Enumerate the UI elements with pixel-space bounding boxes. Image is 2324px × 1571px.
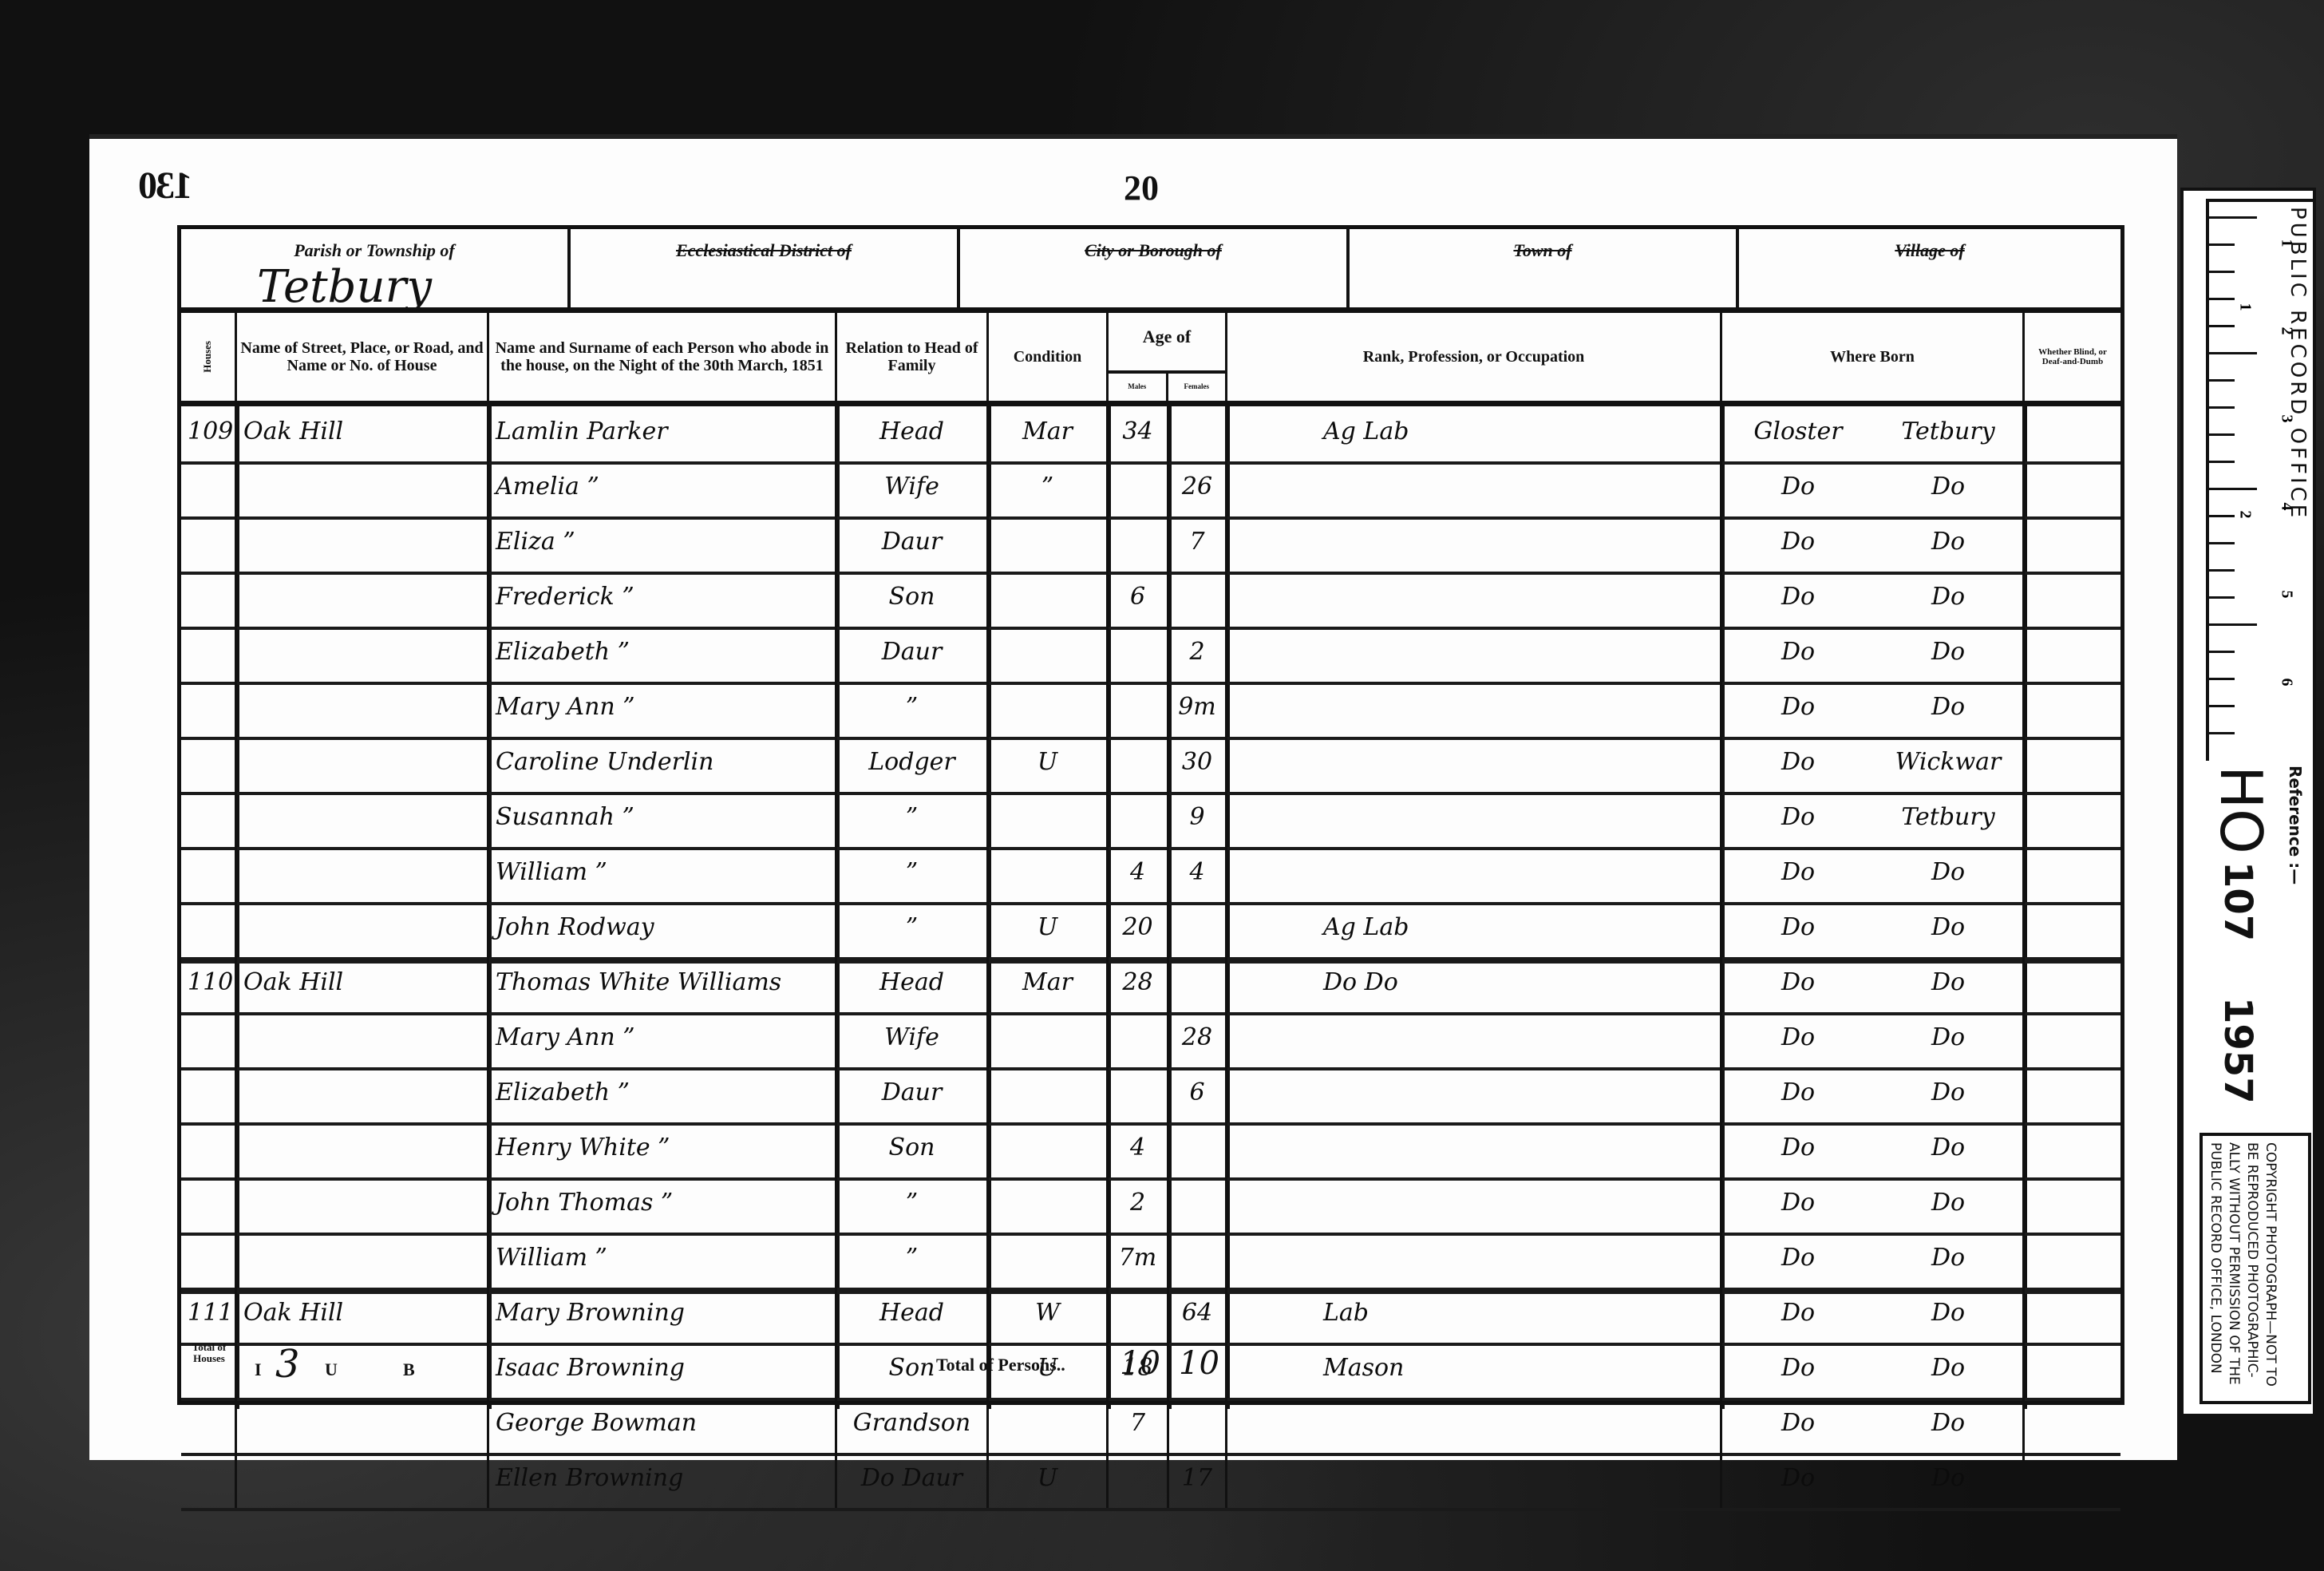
cell-name: Thomas White Williams [489, 957, 837, 1012]
cell-age-female: 28 [1169, 1012, 1227, 1067]
cell-blind [2025, 792, 2120, 847]
copyright-box: COPYRIGHT PHOTOGRAPH—NOT TO BE REPRODUCE… [2199, 1133, 2311, 1404]
cell-schedule [181, 847, 237, 902]
cell-occupation [1227, 1122, 1722, 1177]
cell-schedule [181, 737, 237, 792]
cell-street [237, 627, 489, 682]
cell-age-female: 26 [1169, 461, 1227, 516]
cell-blind [2025, 516, 2120, 572]
cell-born-county: Do [1722, 461, 1874, 516]
cell-age-male [1109, 516, 1169, 572]
cell-condition [989, 847, 1109, 902]
cell-born-place: Do [1874, 572, 2025, 627]
cell-occupation [1227, 737, 1722, 792]
cell-born-place: Do [1874, 1067, 2025, 1122]
cell-name: Lamlin Parker [489, 406, 837, 461]
cell-condition [989, 1122, 1109, 1177]
ruler-tick [2209, 352, 2257, 354]
reference-strip: 12345612 PUBLIC RECORD OFFICE Reference … [2180, 188, 2316, 1417]
cell-occupation [1227, 516, 1722, 572]
town-label: Town of [1350, 240, 1736, 261]
cell-born-county: Do [1722, 682, 1874, 737]
cell-age-male [1109, 792, 1169, 847]
page-number: 20 [1124, 168, 1159, 208]
cell-age-male: 7m [1109, 1233, 1169, 1288]
cell-name: Caroline Underlin [489, 737, 837, 792]
houses-header: Houses [181, 313, 237, 401]
cell-name: Susannah ” [489, 792, 837, 847]
cell-relation: Wife [837, 461, 989, 516]
cell-occupation [1227, 1177, 1722, 1233]
cell-age-male: 4 [1109, 847, 1169, 902]
table-row: 110Oak HillThomas White WilliamsHeadMar2… [181, 957, 2120, 1015]
cell-age-male [1109, 1453, 1169, 1508]
cell-condition [989, 682, 1109, 737]
cell-age-female [1169, 1398, 1227, 1453]
reference-label: Reference :— [2286, 766, 2305, 884]
cell-street [237, 1122, 489, 1177]
city-cell: City or Borough of [960, 229, 1350, 307]
cell-born-county: Gloster [1722, 406, 1874, 461]
cell-name: Elizabeth ” [489, 627, 837, 682]
cell-relation: ” [837, 1177, 989, 1233]
cell-condition: Mar [989, 957, 1109, 1012]
cell-schedule [181, 461, 237, 516]
cell-condition: U [989, 1453, 1109, 1508]
cell-relation: Do Daur [837, 1453, 989, 1508]
cell-age-female: 2 [1169, 627, 1227, 682]
cell-condition [989, 1012, 1109, 1067]
cell-relation: Head [837, 957, 989, 1012]
cell-street [237, 1177, 489, 1233]
cell-age-female: 6 [1169, 1067, 1227, 1122]
age-females-label: Females [1168, 374, 1226, 401]
cell-schedule [181, 1177, 237, 1233]
table-row: John Thomas ””2DoDo [181, 1177, 2120, 1236]
totals-row: Total of Houses I 3 U B Total of Persons… [181, 1331, 2120, 1398]
ruler-tick [2209, 216, 2257, 219]
cell-occupation [1227, 572, 1722, 627]
folio-stamp: 130 [140, 164, 192, 208]
blind-header: Whether Blind, or Deaf-and-Dumb [2025, 313, 2120, 401]
ruler-cm-label: 6 [2278, 679, 2296, 687]
cell-relation: Lodger [837, 737, 989, 792]
cell-age-male: 6 [1109, 572, 1169, 627]
cell-condition [989, 572, 1109, 627]
inhabited-count: 3 [275, 1342, 300, 1387]
ruler-tick [2209, 515, 2235, 517]
class-code: HO [2207, 766, 2275, 854]
cell-occupation [1227, 627, 1722, 682]
cell-schedule [181, 1122, 237, 1177]
cell-condition [989, 792, 1109, 847]
cell-relation: Wife [837, 1012, 989, 1067]
cell-relation: Daur [837, 627, 989, 682]
total-houses-label: Total of Houses [186, 1342, 232, 1365]
cell-blind [2025, 737, 2120, 792]
cell-relation: ” [837, 847, 989, 902]
parish-cell: Parish or Township of Tetbury [181, 229, 571, 307]
ruler-tick [2209, 406, 2235, 409]
cell-blind [2025, 902, 2120, 957]
cell-condition: U [989, 902, 1109, 957]
cell-born-county: Do [1722, 1453, 1874, 1508]
cell-born-county: Do [1722, 902, 1874, 957]
cell-condition: Mar [989, 406, 1109, 461]
cell-schedule [181, 1233, 237, 1288]
cell-street [237, 737, 489, 792]
cell-born-county: Do [1722, 516, 1874, 572]
cell-occupation: Ag Lab [1227, 406, 1722, 461]
total-persons-label: Total of Persons.. [936, 1355, 1065, 1375]
table-row: Mary Ann ”Wife28DoDo [181, 1012, 2120, 1070]
relation-header: Relation to Head of Family [837, 313, 989, 401]
cell-condition [989, 627, 1109, 682]
ruler-tick [2209, 243, 2235, 246]
cell-street [237, 847, 489, 902]
uninhabited-label: U [325, 1359, 338, 1380]
cell-born-place: Tetbury [1874, 406, 2025, 461]
cell-born-place: Wickwar [1874, 737, 2025, 792]
cell-age-male: 4 [1109, 1122, 1169, 1177]
cell-born-place: Do [1874, 1233, 2025, 1288]
cell-age-male: 7 [1109, 1398, 1169, 1453]
ruler-tick [2209, 705, 2235, 707]
cell-occupation [1227, 1233, 1722, 1288]
street-header: Name of Street, Place, or Road, and Name… [237, 313, 489, 401]
cell-name: Eliza ” [489, 516, 837, 572]
table-row: Mary Ann ””9mDoDo [181, 682, 2120, 740]
cell-occupation: Ag Lab [1227, 902, 1722, 957]
cell-street [237, 1012, 489, 1067]
ruler-tick [2209, 461, 2235, 463]
ruler-tick [2209, 542, 2235, 544]
cell-born-county: Do [1722, 627, 1874, 682]
age-label: Age of [1109, 327, 1225, 346]
cell-schedule [181, 682, 237, 737]
cell-schedule [181, 1453, 237, 1508]
cell-condition [989, 516, 1109, 572]
ruler-tick [2209, 596, 2235, 599]
cell-street [237, 516, 489, 572]
cell-schedule: 110 [181, 957, 237, 1012]
cell-occupation [1227, 682, 1722, 737]
cell-born-place: Do [1874, 516, 2025, 572]
cell-born-place: Do [1874, 847, 2025, 902]
cell-relation: ” [837, 792, 989, 847]
cell-schedule [181, 516, 237, 572]
cell-age-female: 9 [1169, 792, 1227, 847]
cell-born-county: Do [1722, 572, 1874, 627]
table-row: Susannah ””9DoTetbury [181, 792, 2120, 850]
village-label: Village of [1739, 240, 2120, 261]
cell-condition [989, 1177, 1109, 1233]
cell-name: Frederick ” [489, 572, 837, 627]
cell-occupation [1227, 792, 1722, 847]
cell-street [237, 902, 489, 957]
cell-blind [2025, 1122, 2120, 1177]
cell-street [237, 461, 489, 516]
cell-schedule [181, 1398, 237, 1453]
cell-name: Ellen Browning [489, 1453, 837, 1508]
ruler-tick [2209, 569, 2235, 572]
cell-born-place: Tetbury [1874, 792, 2025, 847]
cell-blind [2025, 1067, 2120, 1122]
cell-age-female [1169, 1233, 1227, 1288]
cell-name: Elizabeth ” [489, 1067, 837, 1122]
cell-street [237, 1233, 489, 1288]
table-row: Caroline UnderlinLodgerU30DoWickwar [181, 737, 2120, 795]
cell-street [237, 572, 489, 627]
census-table: Parish or Township of Tetbury Ecclesiast… [177, 225, 2124, 1405]
cell-age-female: 4 [1169, 847, 1227, 902]
cell-occupation [1227, 1012, 1722, 1067]
cell-street [237, 1398, 489, 1453]
ruler-tick [2209, 678, 2235, 680]
cell-blind [2025, 406, 2120, 461]
cell-age-male: 20 [1109, 902, 1169, 957]
inhabited-label: I [255, 1359, 262, 1380]
cell-born-county: Do [1722, 1122, 1874, 1177]
table-row: Amelia ”Wife”26DoDo [181, 461, 2120, 520]
cell-relation: ” [837, 1233, 989, 1288]
cell-occupation [1227, 1067, 1722, 1122]
cell-blind [2025, 1177, 2120, 1233]
cell-born-place: Do [1874, 1177, 2025, 1233]
cell-born-county: Do [1722, 957, 1874, 1012]
cell-blind [2025, 627, 2120, 682]
cell-relation: Daur [837, 516, 989, 572]
cell-blind [2025, 1398, 2120, 1453]
ruler-inch-label: 2 [2236, 511, 2255, 519]
cell-name: William ” [489, 847, 837, 902]
cell-born-place: Do [1874, 682, 2025, 737]
cell-born-county: Do [1722, 1067, 1874, 1122]
cell-blind [2025, 1453, 2120, 1508]
cell-born-place: Do [1874, 1122, 2025, 1177]
building-label: B [403, 1359, 415, 1380]
ruler-tick [2209, 379, 2235, 382]
ecclesiastical-cell: Ecclesiastical District of [571, 229, 960, 307]
cell-relation: ” [837, 682, 989, 737]
cell-relation: Son [837, 1122, 989, 1177]
occupation-header: Rank, Profession, or Occupation [1227, 313, 1722, 401]
cell-street [237, 1067, 489, 1122]
condition-header: Condition [989, 313, 1109, 401]
city-label: City or Borough of [960, 240, 1346, 261]
cell-street [237, 682, 489, 737]
cell-age-male: 2 [1109, 1177, 1169, 1233]
cell-name: John Rodway [489, 902, 837, 957]
cell-name: William ” [489, 1233, 837, 1288]
cell-age-female: 30 [1169, 737, 1227, 792]
cell-relation: ” [837, 902, 989, 957]
cell-born-place: Do [1874, 627, 2025, 682]
cell-blind [2025, 682, 2120, 737]
ruler-tick [2209, 271, 2235, 273]
cell-age-female [1169, 572, 1227, 627]
cell-born-place: Do [1874, 1012, 2025, 1067]
cell-blind [2025, 1233, 2120, 1288]
cell-blind [2025, 847, 2120, 902]
cell-age-female [1169, 406, 1227, 461]
cell-street [237, 792, 489, 847]
cell-born-county: Do [1722, 1177, 1874, 1233]
where-born-header: Where Born [1722, 313, 2025, 401]
age-header: Age of Males Females [1109, 313, 1227, 401]
cell-age-male [1109, 737, 1169, 792]
ruler-tick [2209, 433, 2235, 436]
cell-name: George Bowman [489, 1398, 837, 1453]
ruler-tick [2209, 651, 2235, 653]
table-row: William ””7mDoDo [181, 1233, 2120, 1294]
cell-born-place: Do [1874, 1453, 2025, 1508]
table-row: William ””44DoDo [181, 847, 2120, 905]
cell-condition: U [989, 737, 1109, 792]
cell-born-place: Do [1874, 957, 2025, 1012]
cell-occupation [1227, 1398, 1722, 1453]
cell-age-male [1109, 461, 1169, 516]
parish-label: Parish or Township of [181, 240, 567, 261]
cell-name: John Thomas ” [489, 1177, 837, 1233]
cell-age-female [1169, 902, 1227, 957]
cell-name: Mary Ann ” [489, 1012, 837, 1067]
cell-schedule: 109 [181, 406, 237, 461]
cell-born-county: Do [1722, 792, 1874, 847]
cell-blind [2025, 572, 2120, 627]
cell-condition: ” [989, 461, 1109, 516]
ruler-tick [2209, 732, 2235, 734]
cell-street: Oak Hill [237, 957, 489, 1012]
table-row: Elizabeth ”Daur6DoDo [181, 1067, 2120, 1126]
cell-age-female [1169, 1122, 1227, 1177]
age-males-label: Males [1109, 374, 1168, 401]
cell-born-place: Do [1874, 461, 2025, 516]
cell-age-female: 9m [1169, 682, 1227, 737]
cell-age-female: 7 [1169, 516, 1227, 572]
copyright-notice: COPYRIGHT PHOTOGRAPH—NOT TO BE REPRODUCE… [2206, 1142, 2279, 1398]
cell-relation: Head [837, 406, 989, 461]
cell-schedule [181, 902, 237, 957]
location-header: Parish or Township of Tetbury Ecclesiast… [181, 229, 2120, 313]
cell-born-place: Do [1874, 902, 2025, 957]
village-cell: Village of [1739, 229, 2120, 307]
piece-number: 107 [2215, 861, 2260, 941]
table-row: Ellen BrowningDo DaurU17DoDo [181, 1453, 2120, 1511]
cell-condition [989, 1067, 1109, 1122]
cell-occupation [1227, 847, 1722, 902]
cell-age-male: 34 [1109, 406, 1169, 461]
ruler-inch-label: 1 [2236, 303, 2255, 311]
cell-relation: Grandson [837, 1398, 989, 1453]
cell-age-female [1169, 1177, 1227, 1233]
cell-relation: Son [837, 572, 989, 627]
total-males: 10 [1120, 1345, 1160, 1382]
cell-schedule [181, 572, 237, 627]
cell-born-county: Do [1722, 847, 1874, 902]
cell-schedule [181, 627, 237, 682]
cell-blind [2025, 461, 2120, 516]
cell-condition [989, 1233, 1109, 1288]
cell-schedule [181, 1012, 237, 1067]
cell-name: Henry White ” [489, 1122, 837, 1177]
table-row: Elizabeth ”Daur2DoDo [181, 627, 2120, 685]
table-row: George BowmanGrandson7DoDo [181, 1398, 2120, 1456]
ecclesiastical-label: Ecclesiastical District of [571, 240, 957, 261]
cell-name: Mary Ann ” [489, 682, 837, 737]
cell-schedule [181, 1067, 237, 1122]
table-row: John Rodway”U20Ag LabDoDo [181, 902, 2120, 964]
cell-occupation [1227, 461, 1722, 516]
folio-reference: 1957 [2215, 997, 2260, 1104]
ruler-tick [2209, 325, 2235, 327]
cell-born-county: Do [1722, 1233, 1874, 1288]
cell-age-male [1109, 627, 1169, 682]
ruler-tick [2209, 623, 2257, 626]
cell-occupation: Do Do [1227, 957, 1722, 1012]
cell-schedule [181, 792, 237, 847]
cell-occupation [1227, 1453, 1722, 1508]
ruler-tick [2209, 488, 2257, 490]
cell-relation: Daur [837, 1067, 989, 1122]
table-row: Eliza ”Daur7DoDo [181, 516, 2120, 575]
cell-blind [2025, 1012, 2120, 1067]
table-row: Henry White ”Son4DoDo [181, 1122, 2120, 1181]
table-row: 109Oak HillLamlin ParkerHeadMar34Ag LabG… [181, 406, 2120, 465]
cell-born-place: Do [1874, 1398, 2025, 1453]
cell-born-county: Do [1722, 737, 1874, 792]
cell-blind [2025, 957, 2120, 1012]
cell-street: Oak Hill [237, 406, 489, 461]
cell-age-female: 17 [1169, 1453, 1227, 1508]
office-label: PUBLIC RECORD OFFICE [2286, 207, 2310, 520]
table-row: Frederick ”Son6DoDo [181, 572, 2120, 630]
cell-street [237, 1453, 489, 1508]
cell-age-male: 28 [1109, 957, 1169, 1012]
ruler-tick [2209, 298, 2235, 300]
cell-age-male [1109, 1012, 1169, 1067]
cell-condition [989, 1398, 1109, 1453]
town-cell: Town of [1350, 229, 1739, 307]
parish-value: Tetbury [257, 261, 432, 313]
cell-age-male [1109, 682, 1169, 737]
cell-born-county: Do [1722, 1398, 1874, 1453]
cell-age-male [1109, 1067, 1169, 1122]
total-females: 10 [1179, 1345, 1219, 1382]
cell-name: Amelia ” [489, 461, 837, 516]
name-header: Name and Surname of each Person who abod… [489, 313, 837, 401]
column-header-row: Houses Name of Street, Place, or Road, a… [181, 313, 2120, 406]
cell-born-county: Do [1722, 1012, 1874, 1067]
cell-age-female [1169, 957, 1227, 1012]
ruler-cm-label: 5 [2278, 591, 2296, 599]
